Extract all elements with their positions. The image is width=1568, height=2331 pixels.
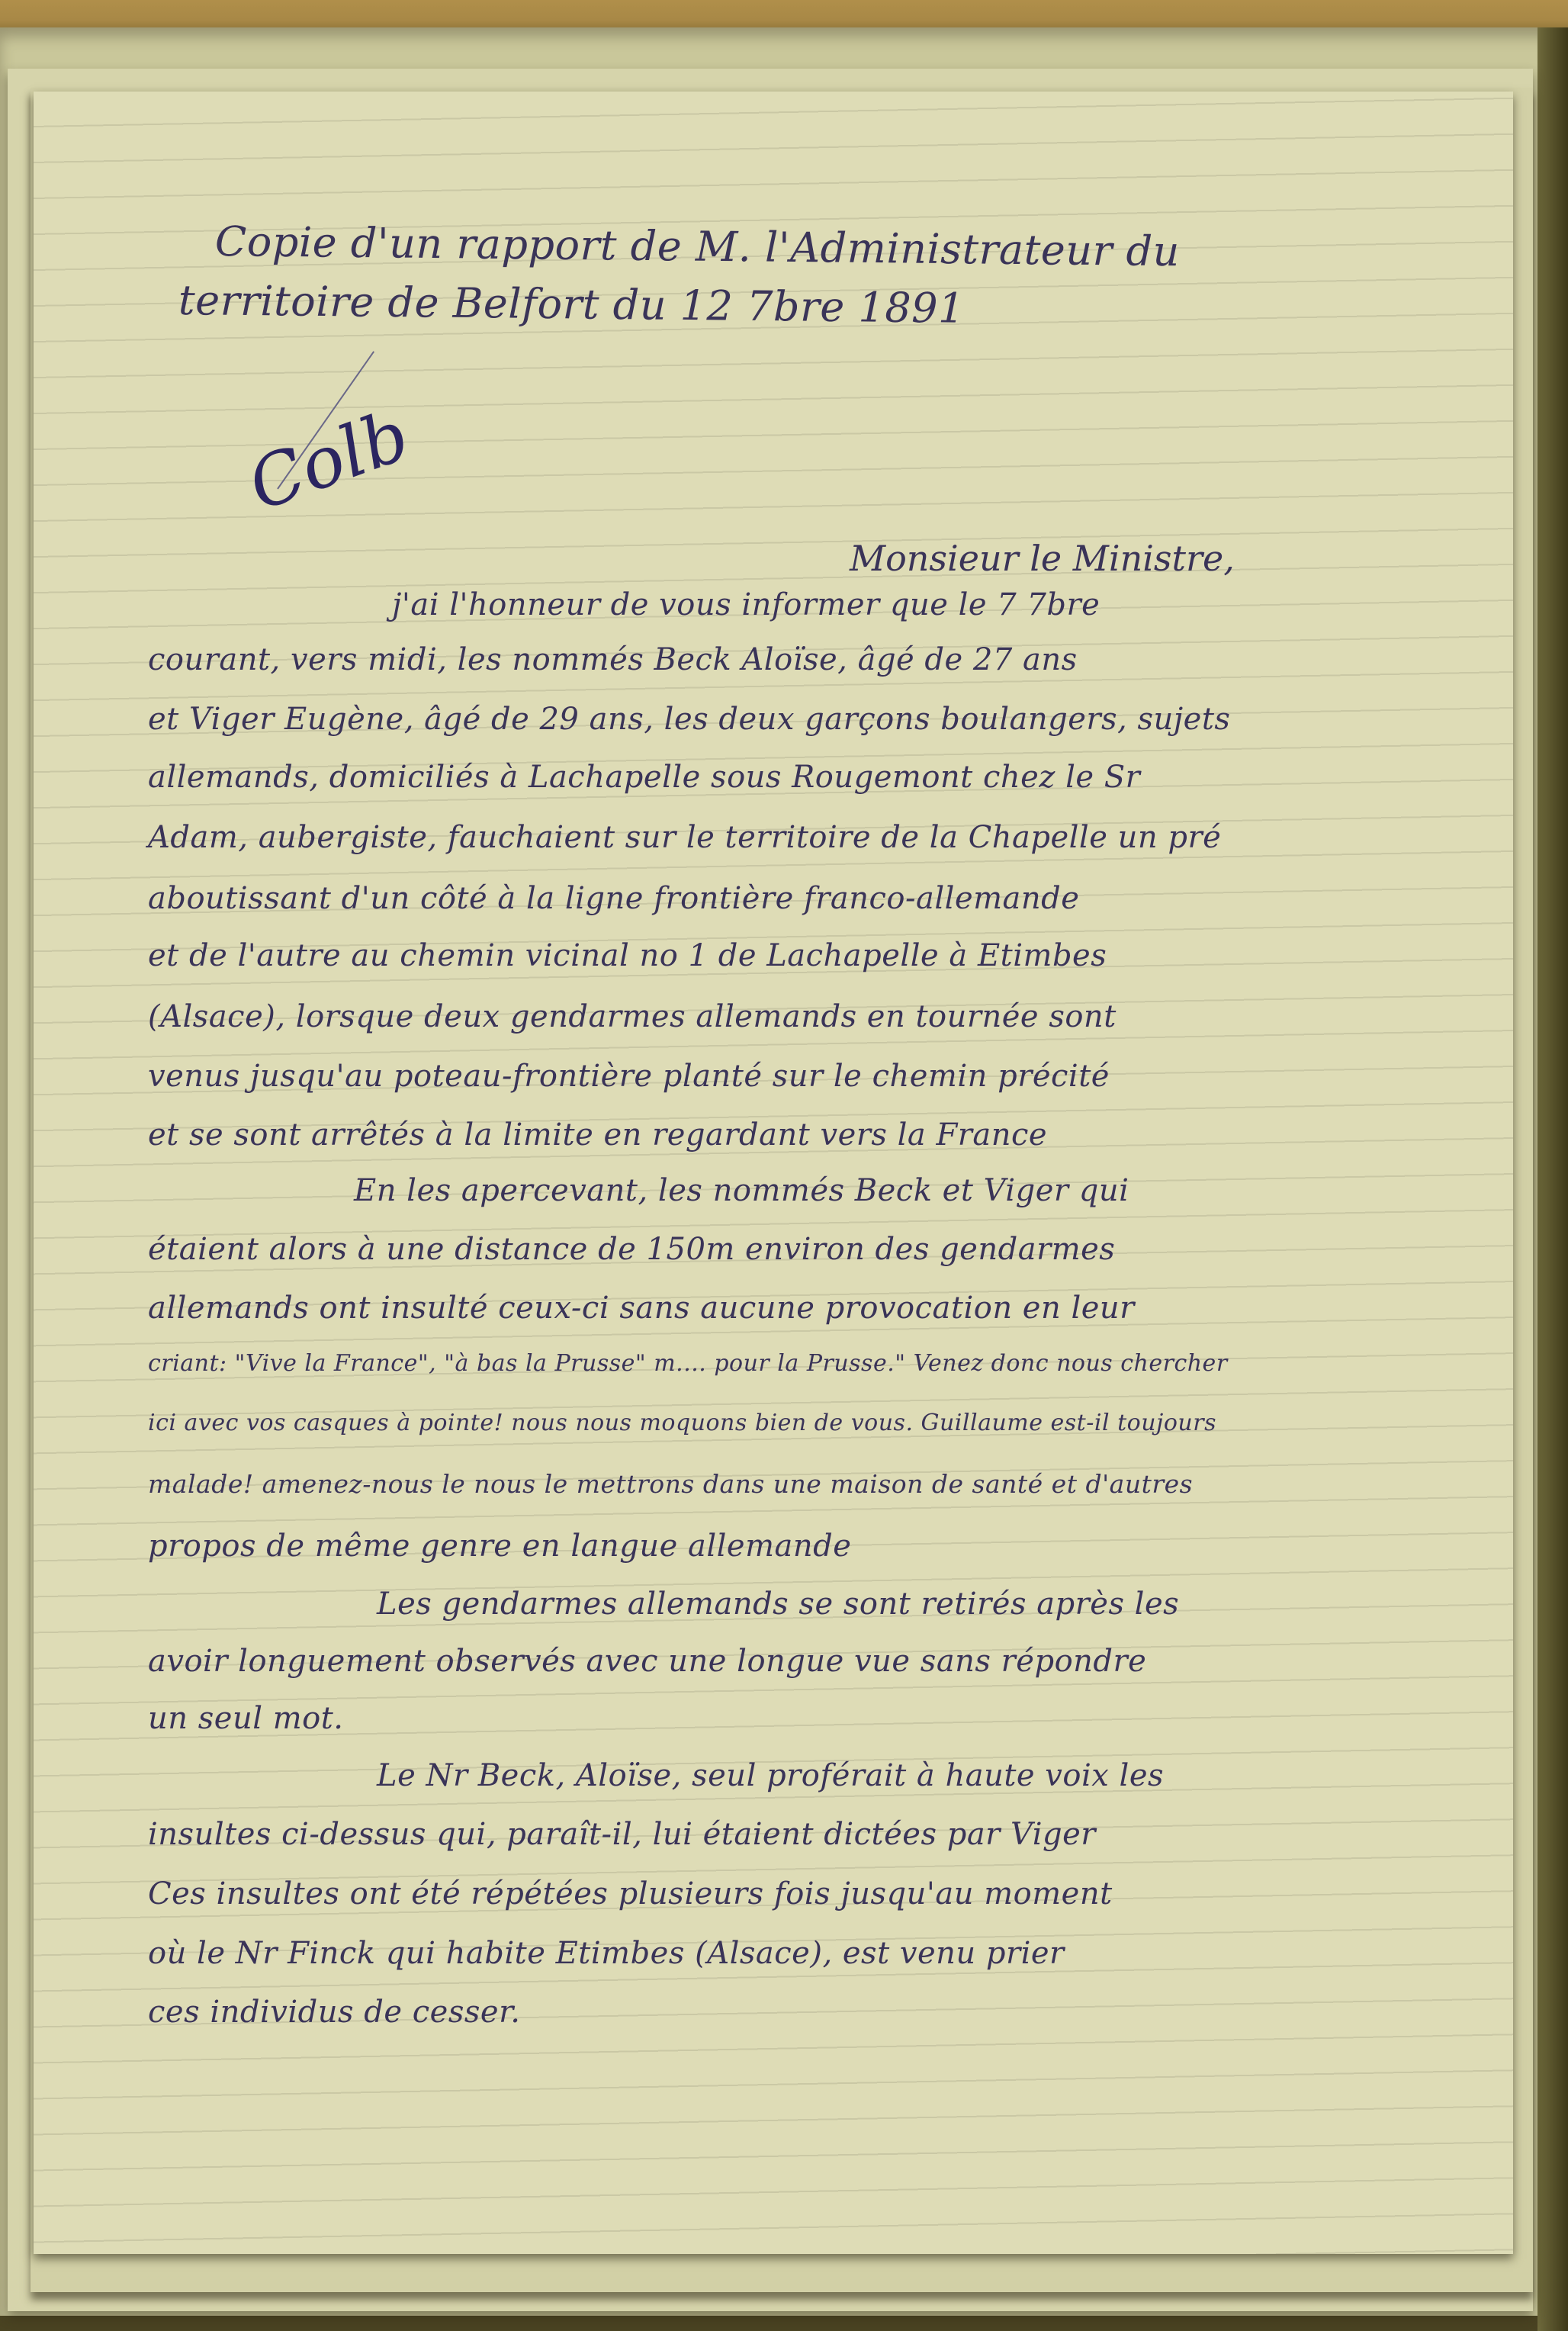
manuscript-page: Copie d'un rapport de M. l'Administrateu… xyxy=(34,92,1513,2254)
paragraph-1-line: et Viger Eugène, âgé de 29 ans, les deux… xyxy=(148,702,1230,737)
paragraph-4-line: insultes ci-dessus qui, paraît-il, lui é… xyxy=(148,1817,1096,1852)
paragraph-1-line: et se sont arrêtés à la limite en regard… xyxy=(148,1117,1047,1153)
paragraph-1-line: j'ai l'honneur de vous informer que le 7… xyxy=(392,587,1100,622)
paragraph-4-line: où le Nr Finck qui habite Etimbes (Alsac… xyxy=(148,1936,1065,1971)
paragraph-2-line: propos de même genre en langue allemande xyxy=(148,1529,851,1564)
salutation: Monsieur le Ministre, xyxy=(850,538,1235,579)
folder-edge xyxy=(1537,27,1568,2331)
paragraph-2-line: ici avec vos casques à pointe! nous nous… xyxy=(148,1410,1216,1436)
paragraph-3-line: avoir longuement observés avec une longu… xyxy=(148,1644,1146,1679)
paragraph-2-line: étaient alors à une distance de 150m env… xyxy=(148,1232,1115,1267)
paragraph-1-line: et de l'autre au chemin vicinal no 1 de … xyxy=(148,938,1107,973)
heading-line-2: territoire de Belfort du 12 7bre 1891 xyxy=(178,276,966,333)
paragraph-4-line: Ces insultes ont été répétées plusieurs … xyxy=(148,1876,1113,1911)
paragraph-2-line: allemands ont insulté ceux-ci sans aucun… xyxy=(148,1291,1135,1326)
paragraph-2-line: malade! amenez-nous le nous le mettrons … xyxy=(148,1469,1193,1499)
paragraph-2-line: criant: "Vive la France", "à bas la Prus… xyxy=(148,1350,1228,1377)
paragraph-1-line: Adam, aubergiste, fauchaient sur le terr… xyxy=(148,820,1221,855)
paragraph-3-line: Les gendarmes allemands se sont retirés … xyxy=(377,1587,1179,1622)
paragraph-1-line: (Alsace), lorsque deux gendarmes alleman… xyxy=(148,999,1117,1034)
paragraph-1-line: venus jusqu'au poteau-frontière planté s… xyxy=(148,1059,1110,1094)
paragraph-3-line: un seul mot. xyxy=(148,1701,344,1736)
heading-line-1: Copie d'un rapport de M. l'Administrateu… xyxy=(215,217,1181,275)
paragraph-2-line: En les apercevant, les nommés Beck et Vi… xyxy=(354,1173,1129,1208)
paragraph-4-line: ces individus de cesser. xyxy=(148,1995,521,2030)
paragraph-1-line: allemands, domiciliés à Lachapelle sous … xyxy=(148,760,1140,795)
paragraph-4-line: Le Nr Beck, Aloïse, seul proférait à hau… xyxy=(377,1758,1164,1793)
paragraph-1-line: aboutissant d'un côté à la ligne frontiè… xyxy=(148,881,1079,916)
paragraph-1-line: courant, vers midi, les nommés Beck Aloï… xyxy=(148,642,1078,677)
